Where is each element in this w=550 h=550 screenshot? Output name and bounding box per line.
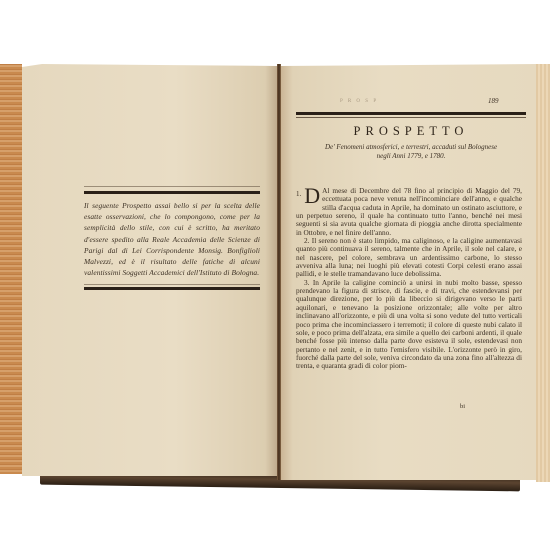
subtitle-line: negli Anni 1779, e 1780. bbox=[296, 152, 526, 161]
divider bbox=[84, 191, 260, 194]
paragraph-number: 1. bbox=[296, 190, 301, 198]
paragraph-text: Al mese di Decembre del 78 fino al princ… bbox=[296, 186, 522, 237]
show-through-text: P R O S P bbox=[340, 99, 378, 104]
notice-rules-top bbox=[84, 186, 260, 194]
page-number: 189 bbox=[488, 97, 499, 105]
left-page-edges bbox=[0, 64, 22, 474]
subtitle-line: De' Fenomeni atmosferici, e terrestri, a… bbox=[296, 143, 526, 152]
header-rules bbox=[296, 112, 526, 118]
divider bbox=[84, 186, 260, 187]
drop-cap: D bbox=[304, 187, 320, 205]
book-gutter bbox=[277, 64, 281, 480]
paragraph-1: 1. D Al mese di Decembre del 78 fino al … bbox=[296, 187, 522, 237]
paragraph-3: 3. In Aprile la caligine cominciò a unir… bbox=[296, 279, 522, 371]
right-page-edges bbox=[536, 64, 550, 482]
divider bbox=[84, 284, 260, 285]
notice-block: Il seguente Prospetto assai bello si per… bbox=[84, 186, 260, 290]
divider bbox=[296, 117, 526, 118]
divider bbox=[84, 287, 260, 290]
notice-rules-bottom bbox=[84, 284, 260, 290]
paragraph-2: 2. Il sereno non è stato limpido, ma cal… bbox=[296, 237, 522, 279]
catchword: bi bbox=[460, 403, 465, 410]
body-text: 1. D Al mese di Decembre del 78 fino al … bbox=[296, 187, 522, 371]
divider bbox=[296, 112, 526, 115]
page-title: PROSPETTO bbox=[296, 124, 526, 139]
notice-text: Il seguente Prospetto assai bello si per… bbox=[84, 200, 260, 278]
page-subtitle: De' Fenomeni atmosferici, e terrestri, a… bbox=[296, 143, 526, 160]
open-book: Il seguente Prospetto assai bello si per… bbox=[0, 0, 550, 550]
